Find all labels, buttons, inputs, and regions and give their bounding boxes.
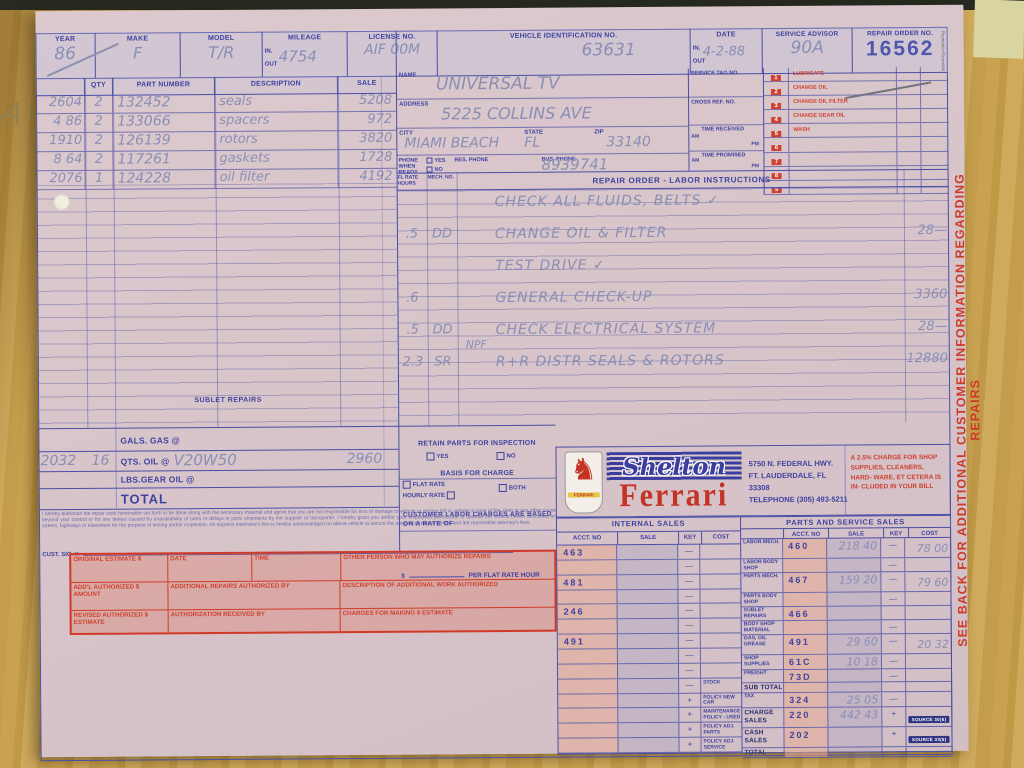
labor-row-instruction: CHANGE OIL & FILTER (457, 223, 902, 242)
ps-row-cost-cell (905, 592, 950, 605)
internal-sales-row: 463 — (557, 544, 740, 560)
labor-rate-text: CUSTOMER LABOR CHARGES ARE BASED ON A RA… (399, 502, 556, 529)
oil-type-value: V20W50 (173, 451, 236, 469)
parts-row-part-number: 133066 (113, 113, 215, 132)
phone-yes-option: YES (426, 157, 445, 164)
parts-row-description: gaskets (215, 150, 338, 169)
corner-note-paper (973, 0, 1024, 59)
internal-sales-title: INTERNAL SALES (557, 517, 740, 532)
parts-row-amount: 8 64 (36, 152, 85, 170)
parts-row-description: rotors (215, 131, 338, 150)
labor-row-instruction: R+R DISTR SEALS & ROTORS (458, 351, 903, 370)
ps-row-acct: 467 (783, 573, 827, 592)
ps-row-label: BODY SHOP MATERIAL (744, 622, 783, 634)
ps-row-key (882, 606, 906, 619)
ps-row-cost-cell (906, 620, 951, 633)
charges-column: RETAIN PARTS FOR INSPECTION YES NO BASIS… (398, 425, 556, 549)
internal-sales-row: — (557, 589, 740, 605)
vin-value: 63631 (438, 40, 690, 62)
service-tag-label: SERVICE TAG NO. (691, 70, 739, 76)
checklist-row-box1 (896, 95, 920, 108)
ps-row-acct: 220 (784, 707, 828, 726)
is-row-cost-label (701, 633, 741, 647)
internal-sales-row: + POLICY ADJ. SERVICE (558, 738, 741, 754)
labor-row-hours: .5 (398, 323, 428, 338)
checklist-row: 5 WASH (764, 123, 948, 138)
ps-row-label-cell: PARTS MECH. (741, 573, 783, 592)
is-row-sale (618, 649, 679, 663)
ps-row-label: LABOR MECH. (743, 540, 782, 546)
internal-sales-row: 491 — (558, 633, 741, 649)
is-row-acct: 491 (558, 634, 618, 648)
ps-row-sale (828, 669, 882, 681)
ps-row-acct (783, 593, 827, 606)
labor-row-instruction: CHECK ELECTRICAL SYSTEM (458, 319, 903, 338)
ps-row-cost-cell (905, 558, 950, 571)
flat-rate-checkbox (403, 481, 411, 489)
is-row-sale (618, 604, 679, 618)
ps-row-cost-cell: SOURCE 30(6) (906, 707, 951, 726)
parts-sales-row: PARTS BODY SHOP — (741, 592, 950, 607)
ps-row-sale (828, 620, 882, 633)
total-row: TOTAL (39, 486, 399, 511)
oil-qty-value: 16 (91, 453, 109, 469)
checklist-row-label: CHANGE GEAR OIL (788, 110, 896, 124)
license-value: AIF 00M (348, 41, 437, 58)
parts-row-amount: 1910 (36, 133, 85, 151)
is-row-sale (618, 723, 679, 737)
is-row-key: — (678, 545, 700, 559)
labor-row-mech: DD (428, 322, 458, 337)
mileage-out-label: OUT (265, 62, 278, 69)
internal-sales-row: 246 — (558, 604, 741, 620)
name-label: NAME (399, 73, 417, 80)
ps-row-acct: 491 (784, 635, 828, 654)
is-row-key: — (679, 663, 701, 677)
ps-row-cost-cell: 79 60 (905, 572, 950, 591)
is-row-sale (617, 589, 678, 603)
is-row-cost-label (700, 574, 740, 588)
is-row-cost-label (701, 619, 741, 633)
photo-scene: A YEAR 86 MAKE F MODEL T/R MILEAGE IN. O… (0, 0, 1024, 768)
hourly-rate-checkbox (447, 491, 455, 499)
internal-sales-table: INTERNAL SALES ACCT. NO SALE KEY COST 46… (556, 516, 743, 754)
checklist-row-label: LUBRICATE (788, 67, 896, 81)
internal-sales-row: — (558, 648, 741, 664)
ps-row-cost: 20 32 (917, 638, 949, 651)
shop-charge-note: A 2.5% CHARGE FOR SHOP SUPPLIES, CLEANER… (851, 453, 945, 493)
ps-row-cost-cell (906, 654, 951, 668)
ps-row-sale (828, 606, 882, 619)
ps-row-sale: 442 43 (828, 707, 882, 726)
total-label: TOTAL (121, 491, 168, 506)
labor-row-instruction: GENERAL CHECK-UP (457, 287, 902, 306)
internal-sales-row: + MAINTENANCE POLICY - USED (558, 708, 741, 724)
estimate-date-label: DATE (168, 554, 252, 582)
date-in-label: IN. (693, 46, 701, 53)
ps-row-key: + (882, 727, 906, 746)
ps-row-acct: 73D (784, 670, 828, 682)
ps-row-cost-cell (906, 692, 951, 706)
ps-cost-header: COST (909, 528, 950, 538)
customer-block: NAME UNIVERSAL TV ADDRESS 5225 COLLINS A… (396, 69, 689, 173)
ps-row-cost-cell: 78 00 (905, 538, 950, 557)
retain-no-checkbox (496, 452, 504, 460)
both-option: BOTH (499, 484, 526, 492)
parts-sales-row: TAX 324 25 05 — (742, 692, 951, 708)
is-row-acct (558, 649, 618, 663)
address-label: ADDRESS (399, 102, 428, 109)
ps-key-header: KEY (884, 528, 909, 538)
parts-row-amount: 4 86 (36, 114, 85, 132)
date-field: DATE IN. OUT 4-2-88 (691, 28, 763, 74)
internal-sales-rows: 463 — — 481 — — (557, 544, 741, 753)
parts-sales-rows: LABOR MECH. 460 218 40 — 78 00 LABOR BOD… (741, 538, 952, 758)
parts-row-part-number: 117261 (113, 151, 215, 170)
state-value: FL (524, 135, 540, 151)
is-row-sale (617, 545, 678, 559)
time-received-am: AM (691, 135, 699, 141)
internal-sales-row: — (558, 619, 741, 635)
checklist-row-box2 (920, 151, 948, 164)
ps-row-key: + (882, 707, 906, 726)
parts-service-sales-table: PARTS AND SERVICE SALES ACCT. NO SALE KE… (741, 515, 953, 753)
is-row-key: + (679, 738, 701, 752)
ps-row-sale: 29 60 (828, 634, 882, 653)
is-row-sale (618, 693, 679, 707)
is-row-cost-label: POLICY NEW CAR (701, 693, 741, 707)
parts-sales-row: PARTS MECH. 467 159 20 — 79 60 (741, 572, 950, 593)
labor-row: .5 DD CHANGE OIL & FILTER 28— (397, 223, 949, 259)
ferrari-shield-icon: ♞ FERRARI (564, 451, 602, 513)
labor-row: .6 GENERAL CHECK-UP 3360 (397, 287, 949, 323)
is-row-sale (618, 619, 679, 633)
parts-row-sale: 972 (338, 112, 396, 130)
labor-row: TEST DRIVE ✓ (397, 255, 949, 291)
checklist-row: 3 CHANGE OIL FILTER (764, 95, 948, 110)
service-advisor-label: SERVICE ADVISOR (763, 28, 852, 39)
ps-row-sale: 159 20 (827, 573, 881, 592)
zip-label: ZIP (594, 129, 603, 136)
ps-row-acct: 460 (783, 539, 827, 558)
ps-row-key: — (882, 654, 906, 668)
sale-column-label: SALE (338, 76, 396, 93)
make-label: MAKE (96, 32, 180, 44)
parts-sales-row: CASH SALES 202 + SOURCE 33(6) (742, 727, 951, 748)
is-row-key: — (678, 559, 700, 573)
checklist-row-box1 (896, 109, 920, 122)
ps-row-label-cell: PARTS BODY SHOP (741, 593, 783, 606)
mileage-value: 4754 (279, 47, 317, 65)
gals-gas-label: GALS. GAS @ (120, 436, 180, 446)
ps-row-label: LABOR BODY SHOP (743, 560, 782, 572)
is-row-key: — (678, 589, 700, 603)
description-column-label: DESCRIPTION (215, 76, 338, 94)
ps-row-cost-cell (906, 669, 951, 681)
rate-rule (409, 569, 464, 577)
ps-row-sale: 218 40 (827, 539, 881, 558)
ps-row-label-big: CASH SALES (744, 729, 783, 745)
estimate-time-label: TIME (252, 553, 341, 581)
ps-sale-header: SALE (829, 528, 884, 538)
mileage-in-label: IN. (265, 49, 273, 56)
parts-sales-row: BODY SHOP MATERIAL — (742, 620, 951, 635)
ps-row-cost-cell: SOURCE 33(6) (906, 727, 951, 746)
is-row-key: + (679, 723, 701, 737)
retain-no-option: NO (496, 452, 515, 460)
ps-row-label: TAX (744, 694, 783, 700)
is-key-header: KEY (679, 532, 702, 544)
qty-column-label: QTY (85, 78, 113, 95)
parts-row-sale: 3820 (338, 131, 396, 149)
ps-row-key: — (881, 538, 905, 557)
checklist-row: 6 (764, 137, 948, 152)
ps-row-key: — (882, 620, 906, 633)
repair-order-no-label: REPAIR ORDER NO. (853, 27, 948, 38)
sublet-repairs-label: SUBLET REPAIRS (138, 396, 318, 405)
cross-ref-label: CROSS REF. NO. (691, 99, 735, 105)
checklist-row-label (788, 152, 896, 166)
labor-row-hours: 2.3 (398, 355, 428, 370)
is-row-key: — (679, 678, 701, 692)
labor-row-hours: .6 (397, 291, 427, 306)
authorization-received-label: AUTHORIZATION RECEIVED BY (169, 609, 341, 634)
ps-row-key (883, 747, 907, 756)
ps-row-label: PARTS BODY SHOP (743, 594, 782, 606)
is-row-cost-label (701, 663, 741, 677)
parts-sales-row: LABOR MECH. 460 218 40 — 78 00 (741, 538, 950, 559)
res-phone-label: RES. PHONE (454, 157, 488, 163)
addl-work-desc-label: DESCRIPTION OF ADDITIONAL WORK AUTHORIZE… (340, 580, 554, 608)
parts-row-description: spacers (215, 112, 338, 131)
estimate-box: ORIGINAL ESTIMATE $ DATE TIME OTHER PERS… (69, 550, 557, 635)
name-value: UNIVERSAL TV (436, 74, 560, 95)
year-value: 86 (36, 44, 95, 64)
ps-row-label-cell: SUBLET REPAIRS (742, 607, 784, 620)
is-row-acct: 481 (557, 575, 617, 589)
part-number-column-label: PART NUMBER (113, 77, 215, 95)
ps-row-label-cell: LABOR MECH. (741, 539, 783, 558)
ps-row-label-cell: BODY SHOP MATERIAL (742, 621, 784, 634)
ps-row-label-cell: GAS, OIL GREASE (742, 635, 784, 654)
hourly-rate-option: HOURLY RATE (403, 491, 457, 500)
hole-punch (54, 194, 70, 210)
repair-order-no-value: 16562 (853, 37, 948, 62)
ps-row-cost-cell (906, 682, 951, 691)
printer-credit-vertical: Reynolds+Reynolds (941, 31, 946, 71)
address-value: 5225 COLLINS AVE (441, 103, 592, 123)
is-row-sale (618, 708, 679, 722)
is-row-key: — (679, 619, 701, 633)
parts-sales-row: LABOR BODY SHOP — (741, 558, 950, 573)
retain-parts-label: RETAIN PARTS FOR INSPECTION (398, 426, 555, 449)
ps-row-label-cell: CHARGE SALES (742, 708, 784, 727)
ps-row-key: — (882, 669, 906, 681)
parts-sales-row: SUBLET REPAIRS 466 (742, 606, 951, 621)
date-value: 4-2-88 (703, 44, 746, 59)
labor-row-instruction: CHECK ALL FLUIDS, BELTS ✓ (457, 191, 902, 210)
basis-for-charge-label: BASIS FOR CHARGE (399, 464, 556, 479)
ps-row-label-cell: SHOP SUPPLIES (742, 655, 784, 669)
is-row-key: — (679, 649, 701, 663)
internal-sales-row: — (558, 663, 741, 679)
ps-row-cost-cell: 20 32 (906, 634, 951, 653)
labor-row: 2.3 SR R+R DISTR SEALS & ROTORS 12880 (398, 351, 950, 387)
is-row-acct (558, 619, 618, 633)
side-note-vertical: SEE BACK FOR ADDITIONAL CUSTOMER INFORMA… (952, 145, 984, 675)
parts-row-qty: 2 (85, 133, 113, 151)
labor-row: CHECK ALL FLUIDS, BELTS ✓ (397, 191, 949, 227)
parts-row-sale: 1728 (338, 150, 396, 168)
license-label: LICENSE NO. (348, 30, 437, 42)
is-row-key: — (679, 604, 701, 618)
checklist-row: 7 (764, 151, 948, 166)
is-row-acct (558, 724, 618, 738)
is-acct-header: ACCT. NO (557, 532, 618, 544)
parts-sales-row: GAS, OIL GREASE 491 29 60 — 20 32 (742, 634, 951, 655)
parts-row-qty: 2 (85, 114, 113, 132)
is-row-acct (558, 694, 618, 708)
rate-line: $ PER FLAT RATE HOUR (401, 564, 554, 583)
dealer-address: 5750 N. FEDERAL HWY. FT. LAUDERDALE, FL … (749, 458, 849, 507)
is-row-cost-label (700, 589, 740, 603)
labor-row-amount: 3360 (902, 287, 949, 302)
ps-row-sale (828, 682, 882, 691)
ps-row-label-cell: TOTAL (743, 748, 785, 757)
ps-row-sale (827, 593, 881, 606)
ps-row-sale (829, 747, 883, 756)
flat-rate-option: FLAT RATE (403, 480, 445, 488)
ps-row-key: — (881, 572, 905, 591)
is-row-sale (618, 634, 679, 648)
internal-sales-row: — (557, 559, 740, 575)
labor-npf-note: NPF (466, 338, 487, 351)
is-row-acct (558, 709, 618, 723)
time-promised-label: TIME PROMISED (701, 152, 745, 158)
is-row-cost-label (701, 648, 741, 662)
charges-for-estimate-label: CHARGES FOR MAKING $ ESTIMATE (341, 608, 555, 633)
checklist-row: 4 CHANGE GEAR OIL (764, 109, 948, 124)
is-row-acct (557, 590, 617, 604)
labor-instructions-title: REPAIR ORDER - LABOR INSTRUCTIONS (457, 174, 907, 186)
mileage-label: MILEAGE (263, 31, 347, 43)
ps-row-acct: 466 (784, 607, 828, 620)
per-flat-rate-hour-label: PER FLAT RATE HOUR (469, 572, 540, 579)
is-row-cost-label: STOCK (701, 678, 741, 692)
time-received-label: TIME RECEIVED (701, 126, 744, 132)
revised-estimate-label: REVISED AUTHORIZED $ ESTIMATE (72, 610, 169, 635)
is-sale-header: SALE (618, 532, 679, 544)
labor-row-instruction: TEST DRIVE ✓ (457, 255, 902, 274)
ps-row-cost: 78 00 (917, 542, 949, 555)
is-row-cost-label (700, 559, 740, 573)
parts-row-part-number: 132452 (113, 94, 215, 113)
is-row-cost-label: POLICY ADJ. PARTS (701, 723, 741, 737)
checklist-row-box2 (920, 109, 948, 122)
ps-row-acct (785, 747, 829, 756)
service-tag-block: SERVICE TAG NO. CROSS REF. NO. TIME RECE… (688, 68, 764, 171)
parts-row-qty: 2 (85, 95, 113, 113)
is-row-cost-label (701, 604, 741, 618)
is-row-acct (558, 679, 618, 693)
labor-row-amount: 12880 (903, 351, 950, 366)
is-row-sale (618, 738, 679, 752)
parts-row-amount: 2604 (36, 95, 85, 113)
ps-row-label-cell: LABOR BODY SHOP (741, 559, 783, 572)
parts-sales-row: CHARGE SALES 220 442 43 + SOURCE 30(6) (742, 707, 951, 728)
ps-row-key (882, 682, 906, 691)
is-row-sale (618, 664, 679, 678)
retain-yes-checkbox (426, 453, 434, 461)
ps-row-cost-cell (906, 606, 951, 619)
labor-row-mech: SR (428, 354, 458, 369)
checklist-row: 1 LUBRICATE (764, 67, 948, 82)
is-row-key: + (679, 708, 701, 722)
gear-oil-label: LBS.GEAR OIL @ (121, 475, 195, 485)
ps-row-label: FREIGHT (744, 671, 783, 677)
repair-order-sheet: YEAR 86 MAKE F MODEL T/R MILEAGE IN. OUT… (35, 5, 968, 757)
is-row-sale (617, 574, 678, 588)
is-row-sale (617, 560, 678, 574)
mech-no-label: MECH. NO. (428, 175, 456, 181)
ps-row-acct: 61C (784, 655, 828, 669)
internal-sales-row: + POLICY ADJ. PARTS (558, 723, 741, 739)
ps-acct-header: ACCT. NO (784, 528, 829, 538)
time-promised-pm: PM (751, 164, 759, 170)
is-row-key: + (679, 693, 701, 707)
ps-row-label-big: SUB TOTAL (744, 684, 783, 692)
labor-row-mech: DD (427, 226, 457, 241)
is-row-key: — (678, 574, 700, 588)
checklist-row-box1 (896, 138, 920, 151)
both-checkbox (499, 484, 507, 492)
ps-row-label-big: TOTAL (745, 749, 784, 757)
is-row-acct (557, 560, 617, 574)
ps-row-acct (784, 621, 828, 634)
ps-row-acct: 202 (784, 727, 828, 746)
is-row-acct: 246 (558, 605, 618, 619)
ps-row-source-badge: SOURCE 33(6) (909, 736, 950, 743)
labor-row-amount: 28— (902, 223, 949, 238)
labor-row-amount: 28— (903, 319, 950, 334)
ps-row-key: — (881, 592, 905, 605)
labor-row-hours: .5 (397, 227, 427, 242)
ps-row-label: SUBLET REPAIRS (744, 608, 783, 620)
is-row-sale (618, 679, 679, 693)
parts-row-part-number: 126139 (113, 132, 215, 151)
ps-row-acct (783, 559, 827, 572)
parts-sales-row: TOTAL (743, 747, 952, 758)
is-row-cost-label: POLICY ADJ. SERVICE (701, 738, 741, 752)
dealer-address-line1: 5750 N. FEDERAL HWY. (749, 458, 849, 471)
ps-row-key: — (882, 692, 906, 706)
checklist-row-label: CHANGE OIL (788, 81, 896, 95)
ps-row-key: — (882, 634, 906, 653)
model-label: MODEL (181, 32, 262, 44)
parts-row-sale: 5208 (338, 93, 396, 111)
parts-row-description: seals (215, 93, 338, 112)
internal-sales-row: 481 — (557, 574, 740, 590)
license-field: LICENSE NO. AIF 00M (348, 30, 438, 76)
model-value: T/R (181, 43, 262, 63)
ps-row-sale: 10 18 (828, 654, 882, 668)
checklist-row-box2 (920, 123, 948, 136)
model-field: MODEL T/R (181, 32, 263, 78)
dealer-phone: TELEPHONE (305) 493-5211 (749, 494, 849, 507)
is-row-acct (558, 664, 618, 678)
checklist-row-label (788, 138, 896, 152)
mileage-field: MILEAGE IN. OUT 4754 (263, 31, 348, 77)
